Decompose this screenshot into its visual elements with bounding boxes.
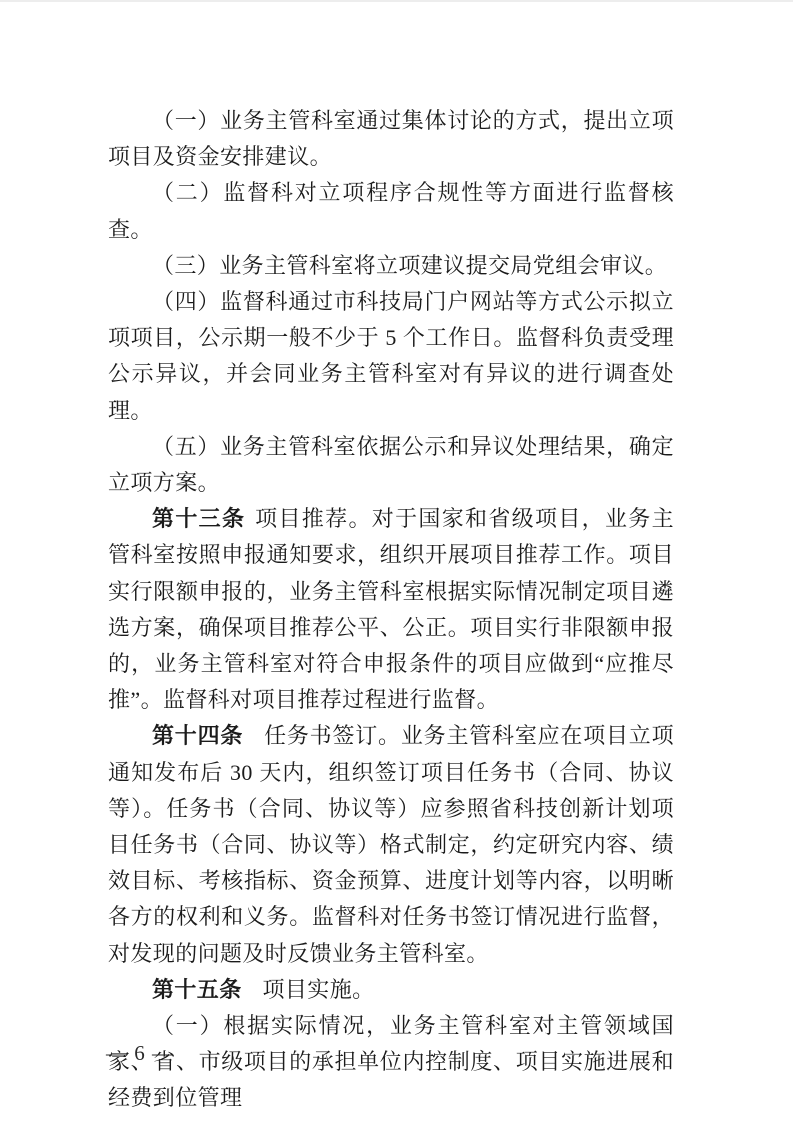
- clause-item-5: （五）业务主管科室依据公示和异议处理结果，确定立项方案。: [108, 429, 674, 501]
- article-13-text: 项目推荐。对于国家和省级项目，业务主管科室按照申报通知要求，组织开展项目推荐工作…: [108, 506, 674, 712]
- clause-item-6: （一）根据实际情况，业务主管科室对主管领域国家、省、市级项目的承担单位内控制度、…: [108, 1008, 674, 1117]
- article-15-number: 第十五条: [152, 977, 242, 1002]
- article-15-text: 项目实施。: [263, 977, 375, 1002]
- article-15: 第十五条项目实施。: [108, 972, 674, 1008]
- document-page: （一）业务主管科室通过集体讨论的方式，提出立项项目及资金安排建议。 （二）监督科…: [0, 0, 793, 1122]
- scan-edge-artifact: [0, 0, 793, 2]
- article-14: 第十四条任务书签订。业务主管科室应在项目立项通知发布后 30 天内，组织签订项目…: [108, 718, 674, 971]
- clause-item-2: （二）监督科对立项程序合规性等方面进行监督核查。: [108, 175, 674, 247]
- article-13-number: 第十三条: [152, 506, 245, 531]
- page-number: — 6 —: [106, 1039, 174, 1067]
- article-14-number: 第十四条: [152, 723, 243, 748]
- document-body: （一）业务主管科室通过集体讨论的方式，提出立项项目及资金安排建议。 （二）监督科…: [108, 103, 674, 1117]
- clause-item-3: （三）业务主管科室将立项建议提交局党组会审议。: [108, 248, 674, 284]
- clause-item-4: （四）监督科通过市科技局门户网站等方式公示拟立项项目，公示期一般不少于 5 个工…: [108, 284, 674, 429]
- clause-item-1: （一）业务主管科室通过集体讨论的方式，提出立项项目及资金安排建议。: [108, 103, 674, 175]
- article-13: 第十三条项目推荐。对于国家和省级项目，业务主管科室按照申报通知要求，组织开展项目…: [108, 501, 674, 718]
- article-14-text: 任务书签订。业务主管科室应在项目立项通知发布后 30 天内，组织签订项目任务书（…: [108, 723, 674, 965]
